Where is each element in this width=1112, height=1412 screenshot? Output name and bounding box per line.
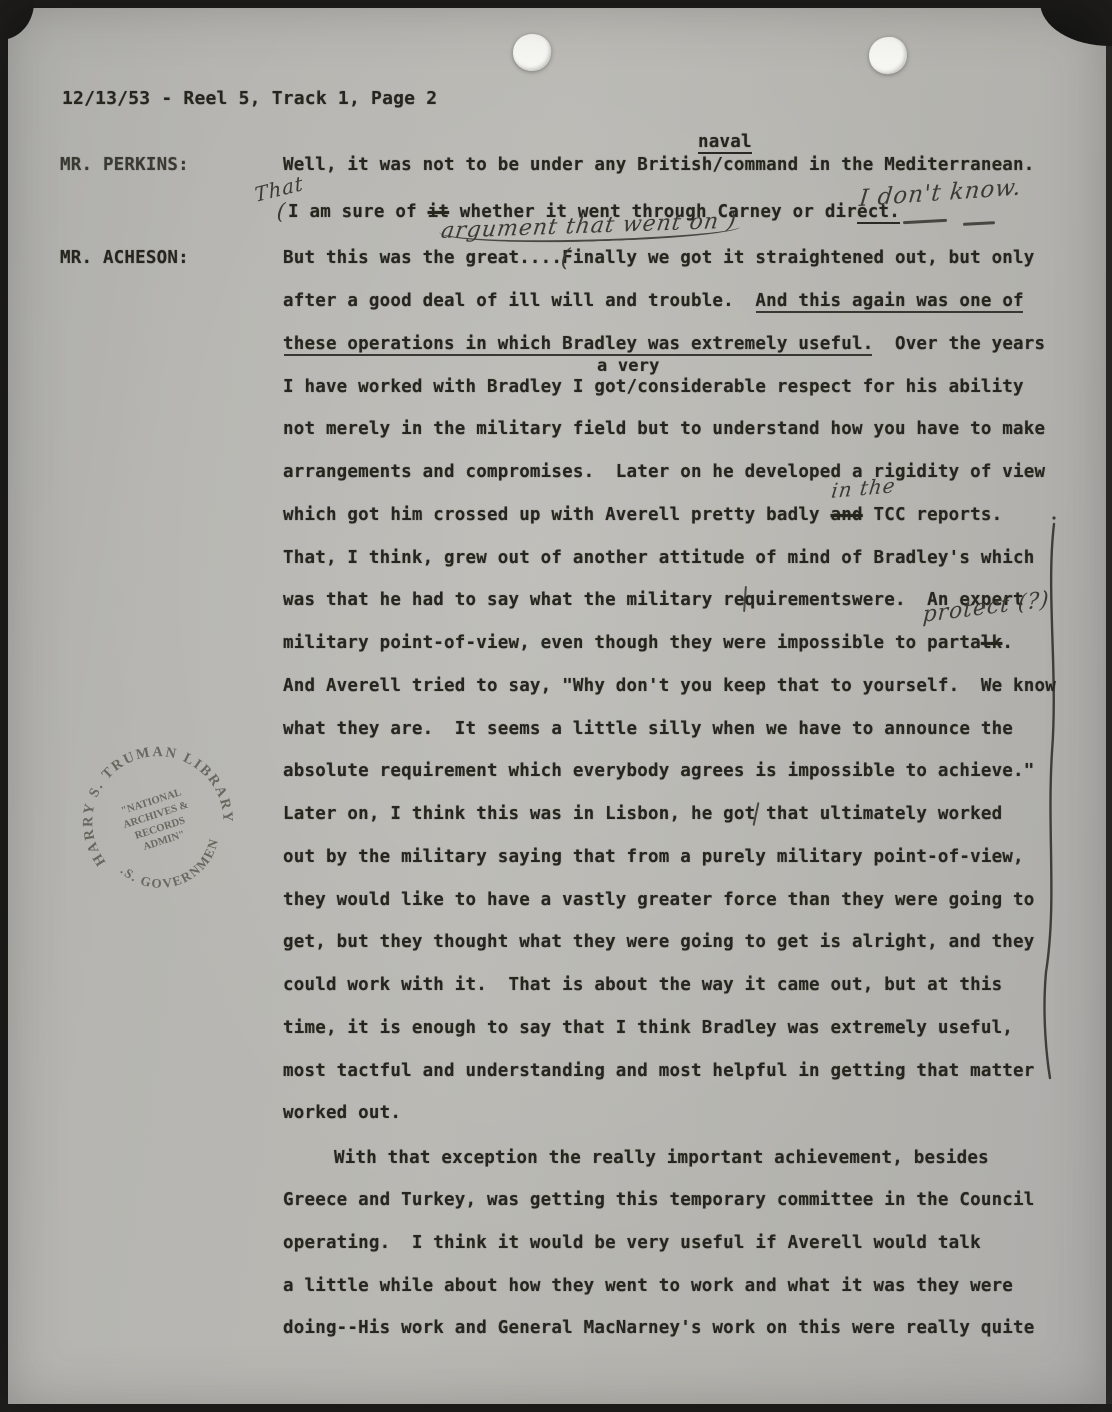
line4-pen-underlined: And this again was one of [755, 291, 1023, 311]
scanned-transcript-page: 12/13/53 - Reel 5, Track 1, Page 2 MR. P… [0, 0, 1112, 1412]
truman-library-stamp: HARRY S. TRUMAN LIBRARY U.S. GOVERNMENT … [54, 717, 262, 927]
speaker-label-perkins: MR. PERKINS: [60, 155, 189, 175]
transcript-line-19: get, but they thought what they were goi… [283, 932, 1035, 952]
transcript-line-8: arrangements and compromises. Later on h… [283, 462, 1045, 482]
line4-seg: after a good deal of ill will and troubl… [283, 291, 755, 311]
transcript-line-27: a little while about how they went to wo… [283, 1276, 1013, 1296]
handwritten-dont-know: I don't know. [858, 174, 1023, 212]
scan-corner-top-right [1040, 0, 1112, 46]
line2-seg: I am sure of [288, 202, 428, 222]
handwritten-paren-before-i: ( [276, 199, 287, 225]
transcript-line-23: worked out. [283, 1103, 401, 1123]
naval-underlined: naval [698, 132, 752, 154]
line3-seg: But this was the great.... [283, 248, 562, 268]
scan-corner-top-left [0, 0, 34, 40]
pen-strike-mark-after-direct [903, 219, 947, 224]
line12-seg: . [1002, 633, 1013, 653]
handwritten-in-the: in the [830, 473, 897, 503]
transcript-line-16: Later on, I think this was in Lisbon, he… [283, 804, 1002, 824]
line12-struck-letters: lk [981, 633, 1002, 653]
scan-edge-left [0, 0, 8, 1412]
speaker-label-acheson: MR. ACHESON: [60, 248, 189, 268]
transcript-line-11: was that he had to say what the military… [283, 590, 1024, 610]
transcript-line-28: doing--His work and General MacNarney's … [283, 1318, 1035, 1338]
transcript-line-6: I have worked with Bradley I got/conside… [283, 377, 1024, 397]
line9-seg: TCC reports. [863, 505, 1003, 525]
transcript-line-12: military point-of-view, even though they… [283, 633, 1013, 653]
hole-punch-right [867, 35, 909, 76]
transcript-line-15: absolute requirement which everybody agr… [283, 761, 1035, 781]
transcript-line-24: With that exception the really important… [334, 1148, 989, 1168]
transcript-line-20: could work with it. That is about the wa… [283, 975, 1002, 995]
scan-edge-top [0, 0, 1112, 8]
transcript-line-10: That, I think, grew out of another attit… [283, 548, 1035, 568]
typed-insertion-naval: naval [698, 132, 752, 152]
transcript-line-1: Well, it was not to be under any British… [283, 155, 1035, 175]
handwritten-paren-before-finally: ( [560, 243, 572, 272]
line9-struck-word: and [831, 505, 863, 525]
transcript-line-3: But this was the great....Finally we got… [283, 248, 1035, 268]
line5-seg: Over the years [873, 334, 1045, 354]
scan-edge-right [1106, 0, 1112, 1412]
transcript-line-4: after a good deal of ill will and troubl… [283, 291, 1024, 311]
transcript-line-13: And Averell tried to say, "Why don't you… [283, 676, 1056, 696]
line11-seg: was that he had to say what the military… [283, 590, 852, 610]
transcript-line-26: operating. I think it would be very usef… [283, 1233, 981, 1253]
transcript-line-9: which got him crossed up with Averell pr… [283, 505, 1002, 525]
transcript-line-14: what they are. It seems a little silly w… [283, 719, 1013, 739]
transcript-line-17: out by the military saying that from a p… [283, 847, 1024, 867]
line5-pen-underlined: these operations in which Bradley was ex… [283, 334, 873, 354]
line12-seg: military point-of-view, even though they… [283, 633, 981, 653]
transcript-line-21: time, it is enough to say that I think B… [283, 1018, 1013, 1038]
typed-insertion-a-very: a very [597, 356, 660, 376]
line9-seg: which got him crossed up with Averell pr… [283, 505, 831, 525]
transcript-line-18: they would like to have a vastly greater… [283, 890, 1035, 910]
hole-punch-left [511, 32, 554, 74]
pen-strike-mark-under-dont [963, 221, 995, 226]
transcript-line-7: not merely in the military field but to … [283, 419, 1045, 439]
transcript-line-5: these operations in which Bradley was ex… [283, 334, 1045, 354]
scan-edge-bottom [0, 1404, 1112, 1412]
line3-seg: Finally we got it straightened out, but … [562, 248, 1034, 268]
page-header: 12/13/53 - Reel 5, Track 1, Page 2 [62, 88, 437, 109]
margin-pen-line [1030, 512, 1074, 1092]
transcript-line-22: most tactful and understanding and most … [283, 1061, 1035, 1081]
transcript-line-25: Greece and Turkey, was getting this temp… [283, 1190, 1035, 1210]
